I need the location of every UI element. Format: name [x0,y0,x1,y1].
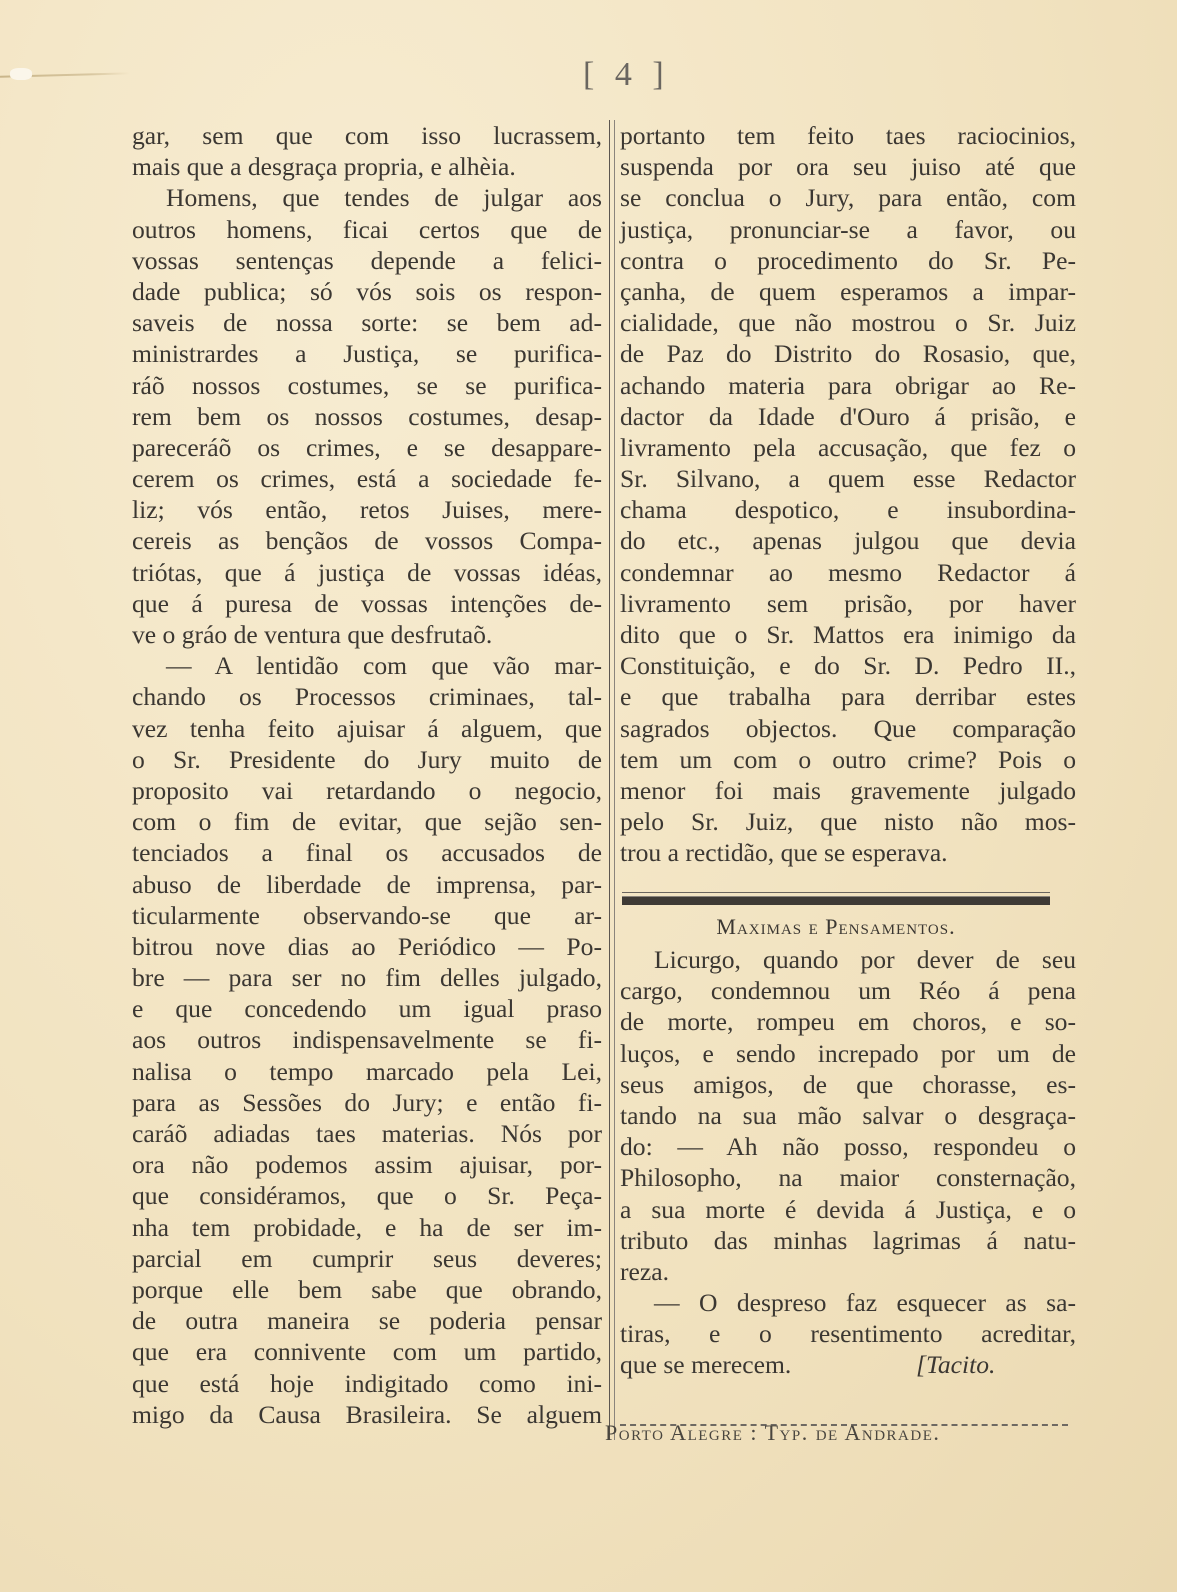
text-line: de morte, rompeu em choros, e so- [620,1006,1076,1037]
text-line: cereis as bençãos de vossos Compa- [132,525,602,556]
text-line: e que trabalha para derribar estes [620,681,1076,712]
text-line: dactor da Idade d'Ouro á prisão, e [620,401,1076,432]
text-line: caráõ adiadas taes materias. Nós por [132,1118,602,1149]
text-line: Philosopho, na maior consternação, [620,1162,1076,1193]
text-line: seus amigos, de que chorasse, es- [620,1069,1076,1100]
text-line: cialidade, que não mostrou o Sr. Juiz [620,307,1076,338]
text-line: bitrou nove dias ao Periódico — Po- [132,931,602,962]
text-line: rem bem os nossos costumes, desap- [132,401,602,432]
text-line: e que concedendo um igual praso [132,993,602,1024]
text-line: com o fim de evitar, que sejão sen- [132,806,602,837]
text-line: mais que a desgraça propria, e alhèia. [132,151,602,182]
text-line: porque elle bem sabe que obrando, [132,1274,602,1305]
printer-imprint: Porto Alegre : Typ. de Andrade. [605,1420,1065,1446]
text-line: se conclua o Jury, para então, com [620,182,1076,213]
text-line: trou a rectidão, que se esperava. [620,837,1076,868]
quote-attribution: [Tacito. [916,1349,995,1380]
right-column: portanto tem feito taes raciocinios,susp… [620,120,1076,869]
paper-damage-spot [10,68,32,80]
text-line: ticularmente observando-se que ar- [132,900,602,931]
text-line-content: que se merecem. [620,1350,791,1379]
text-line: livramento pela accusação, que fez o [620,432,1076,463]
text-line: portanto tem feito taes raciocinios, [620,120,1076,151]
text-line: chama despotico, e insubordina- [620,494,1076,525]
text-line: cerem os crimes, está a sociedade fe- [132,463,602,494]
text-line: que considéramos, que o Sr. Peça- [132,1180,602,1211]
text-line: a sua morte é devida á Justiça, e o [620,1194,1076,1225]
text-line: achando materia para obrigar ao Re- [620,370,1076,401]
text-line: para as Sessões do Jury; e então fi- [132,1087,602,1118]
text-line: gar, sem que com isso lucrassem, [132,120,602,151]
text-line: tem um com o outro crime? Pois o [620,744,1076,775]
text-line: dade publica; só vós sois os respon- [132,276,602,307]
text-line: chando os Processos criminaes, tal- [132,681,602,712]
text-line: tenciados a final os accusados de [132,837,602,868]
text-line: condemnar ao mesmo Redactor á [620,557,1076,588]
text-line: migo da Causa Brasileira. Se alguem [132,1399,602,1430]
text-line: vez tenha feito ajuisar á alguem, que [132,713,602,744]
text-line: reza. [620,1256,1076,1287]
text-line: nalisa o tempo marcado pela Lei, [132,1056,602,1087]
column-divider-rule [609,120,615,1440]
section-title: Maximas e Pensamentos. [622,914,1050,940]
text-line: que á puresa de vossas intenções de- [132,588,602,619]
maxims-section: Licurgo, quando por dever de seucargo, c… [620,944,1076,1381]
section-separator-rule [622,896,1050,905]
text-line: vossas sentenças depende a felici- [132,245,602,276]
text-line: do: — Ah não posso, respondeu o [620,1131,1076,1162]
text-line: — A lentidão com que vão mar- [132,650,602,681]
text-line: pelo Sr. Juiz, que nisto não mos- [620,806,1076,837]
text-line: proposito vai retardando o negocio, [132,775,602,806]
text-line: contra o procedimento do Sr. Pe- [620,245,1076,276]
text-line: livramento sem prisão, por haver [620,588,1076,619]
text-line: sagrados objectos. Que comparação [620,713,1076,744]
text-line: nha tem probidade, e ha de ser im- [132,1212,602,1243]
text-line: liz; vós então, retos Juises, mere- [132,494,602,525]
text-line: Constituição, e do Sr. D. Pedro II., [620,650,1076,681]
text-line: que se merecem.[Tacito. [620,1349,1076,1380]
left-column: gar, sem que com isso lucrassem,mais que… [132,120,602,1430]
text-line: que está hoje indigitado como ini- [132,1368,602,1399]
text-line: tando na sua mão salvar o desgraça- [620,1100,1076,1131]
text-line: saveis de nossa sorte: se bem ad- [132,307,602,338]
text-line: — O despreso faz esquecer as sa- [620,1287,1076,1318]
text-line: Sr. Silvano, a quem esse Redactor [620,463,1076,494]
text-line: do etc., apenas julgou que devia [620,525,1076,556]
page-number: [ 4 ] [583,56,670,94]
text-line: de outra maneira se poderia pensar [132,1305,602,1336]
text-line: outros homens, ficai certos que de [132,214,602,245]
text-line: bre — para ser no fim delles julgado, [132,962,602,993]
text-line: o Sr. Presidente do Jury muito de [132,744,602,775]
text-line: Licurgo, quando por dever de seu [620,944,1076,975]
text-line: de Paz do Distrito do Rosasio, que, [620,338,1076,369]
text-line: triótas, que á justiça de vossas idéas, [132,557,602,588]
text-line: luços, e sendo increpado por um de [620,1038,1076,1069]
text-line: çanha, de quem esperamos a impar- [620,276,1076,307]
text-line: que era connivente com um partido, [132,1336,602,1367]
text-line: suspenda por ora seu juiso até que [620,151,1076,182]
text-line: ministrardes a Justiça, se purifica- [132,338,602,369]
text-line: cargo, condemnou um Réo á pena [620,975,1076,1006]
text-line: ve o gráo de ventura que desfrutaõ. [132,619,602,650]
text-line: ráõ nossos costumes, se se purifica- [132,370,602,401]
text-line: Homens, que tendes de julgar aos [132,182,602,213]
text-line: menor foi mais gravemente julgado [620,775,1076,806]
text-line: aos outros indispensavelmente se fi- [132,1024,602,1055]
text-line: tiras, e o resentimento acreditar, [620,1318,1076,1349]
text-line: abuso de liberdade de imprensa, par- [132,869,602,900]
text-line: pareceráõ os crimes, e se desappare- [132,432,602,463]
text-line: tributo das minhas lagrimas á natu- [620,1225,1076,1256]
text-line: dito que o Sr. Mattos era inimigo da [620,619,1076,650]
text-line: parcial em cumprir seus deveres; [132,1243,602,1274]
text-line: ora não podemos assim ajuisar, por- [132,1149,602,1180]
text-line: justiça, pronunciar-se a favor, ou [620,214,1076,245]
